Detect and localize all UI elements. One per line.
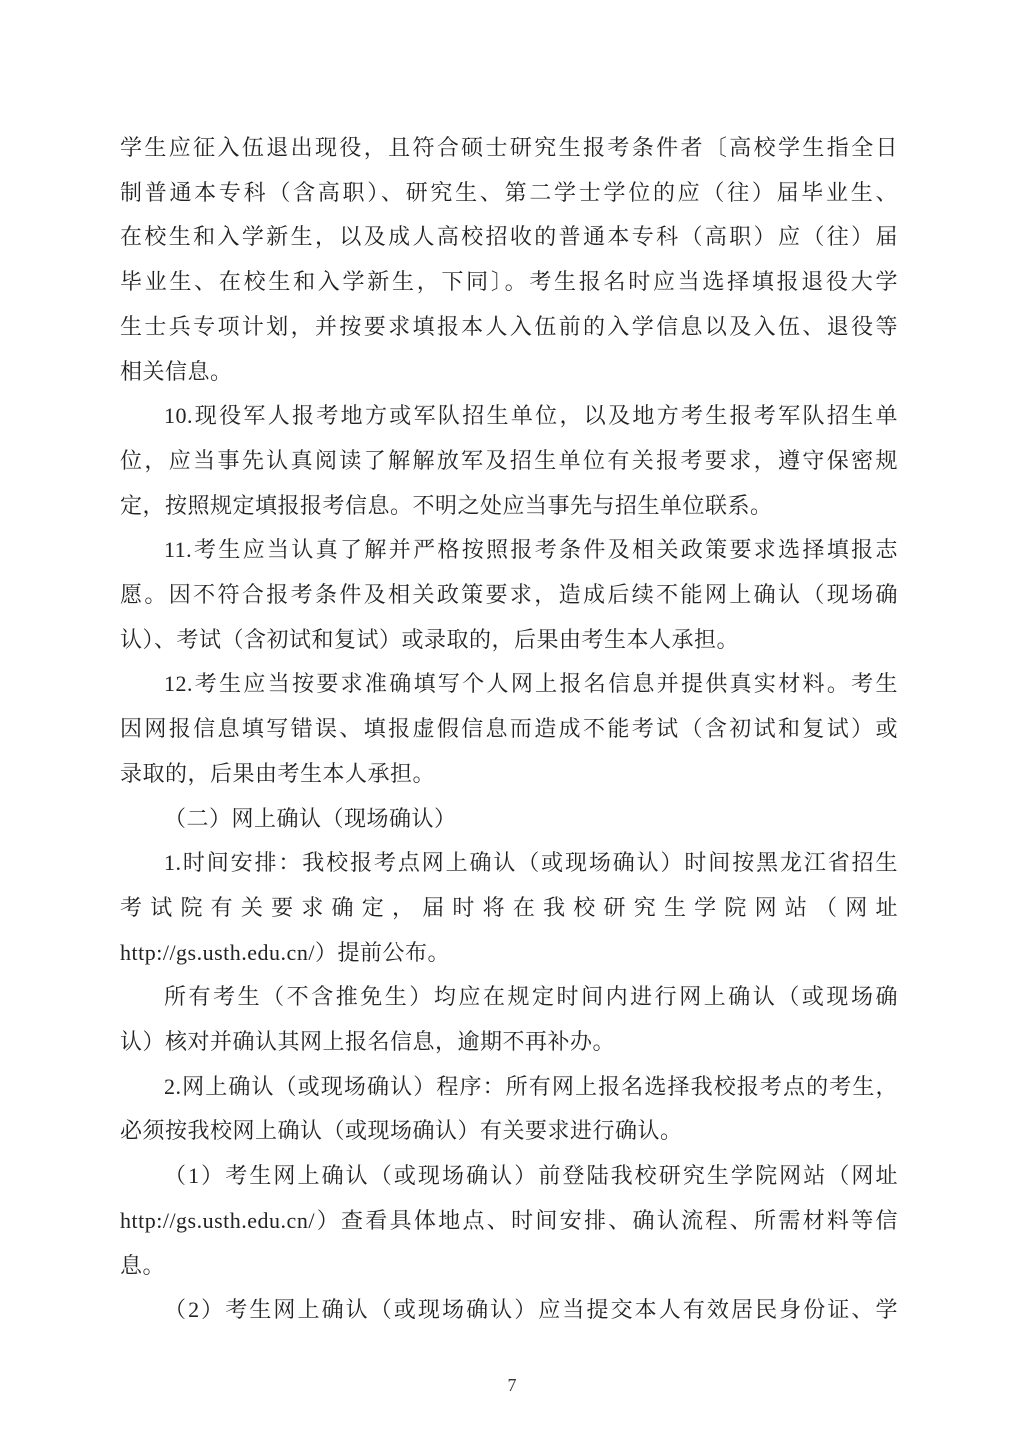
text-line: 2.网上确认（或现场确认）程序：所有网上报名选择我校报考点的考生， — [120, 1065, 898, 1110]
text-line: 因网报信息填写错误、填报虚假信息而造成不能考试（含初试和复试）或 — [120, 707, 898, 752]
text-line: 息。 — [120, 1244, 898, 1289]
text-line: http://gs.usth.edu.cn/）查看具体地点、时间安排、确认流程、… — [120, 1199, 898, 1244]
text-line: 认）、考试（含初试和复试）或录取的，后果由考生本人承担。 — [120, 618, 898, 663]
text-line: 必须按我校网上确认（或现场确认）有关要求进行确认。 — [120, 1109, 898, 1154]
text-line: 相关信息。 — [120, 350, 898, 395]
text-line: http://gs.usth.edu.cn/）提前公布。 — [120, 931, 898, 976]
text-line: （2）考生网上确认（或现场确认）应当提交本人有效居民身份证、学 — [120, 1288, 898, 1333]
text-line: 认）核对并确认其网上报名信息，逾期不再补办。 — [120, 1020, 898, 1065]
text-line: 毕业生、在校生和入学新生，下同〕。考生报名时应当选择填报退役大学 — [120, 260, 898, 305]
text-line: 学生应征入伍退出现役，且符合硕士研究生报考条件者〔高校学生指全日 — [120, 126, 898, 171]
text-line: 制普通本专科（含高职）、研究生、第二学士学位的应（往）届毕业生、 — [120, 171, 898, 216]
text-line: 在校生和入学新生，以及成人高校招收的普通本专科（高职）应（往）届 — [120, 215, 898, 260]
page-number: 7 — [0, 1374, 1024, 1396]
text-line: 12.考生应当按要求准确填写个人网上报名信息并提供真实材料。考生 — [120, 662, 898, 707]
text-line: 所有考生（不含推免生）均应在规定时间内进行网上确认（或现场确 — [120, 975, 898, 1020]
document-text-block: 学生应征入伍退出现役，且符合硕士研究生报考条件者〔高校学生指全日制普通本专科（含… — [120, 126, 898, 1333]
text-line: 11.考生应当认真了解并严格按照报考条件及相关政策要求选择填报志 — [120, 528, 898, 573]
text-line: （1）考生网上确认（或现场确认）前登陆我校研究生学院网站（网址 — [120, 1154, 898, 1199]
text-line: 定，按照规定填报报考信息。不明之处应当事先与招生单位联系。 — [120, 484, 898, 529]
text-line: 录取的，后果由考生本人承担。 — [120, 752, 898, 797]
text-line: 10.现役军人报考地方或军队招生单位，以及地方考生报考军队招生单 — [120, 394, 898, 439]
text-line: 位，应当事先认真阅读了解解放军及招生单位有关报考要求，遵守保密规 — [120, 439, 898, 484]
text-line: 愿。因不符合报考条件及相关政策要求，造成后续不能网上确认（现场确 — [120, 573, 898, 618]
text-line: 生士兵专项计划，并按要求填报本人入伍前的入学信息以及入伍、退役等 — [120, 305, 898, 350]
text-line: 1.时间安排：我校报考点网上确认（或现场确认）时间按黑龙江省招生 — [120, 841, 898, 886]
text-line: 考试院有关要求确定，届时将在我校研究生学院网站（网址 — [120, 886, 898, 931]
document-page: 学生应征入伍退出现役，且符合硕士研究生报考条件者〔高校学生指全日制普通本专科（含… — [0, 0, 1024, 1447]
text-line: （二）网上确认（现场确认） — [120, 797, 898, 842]
